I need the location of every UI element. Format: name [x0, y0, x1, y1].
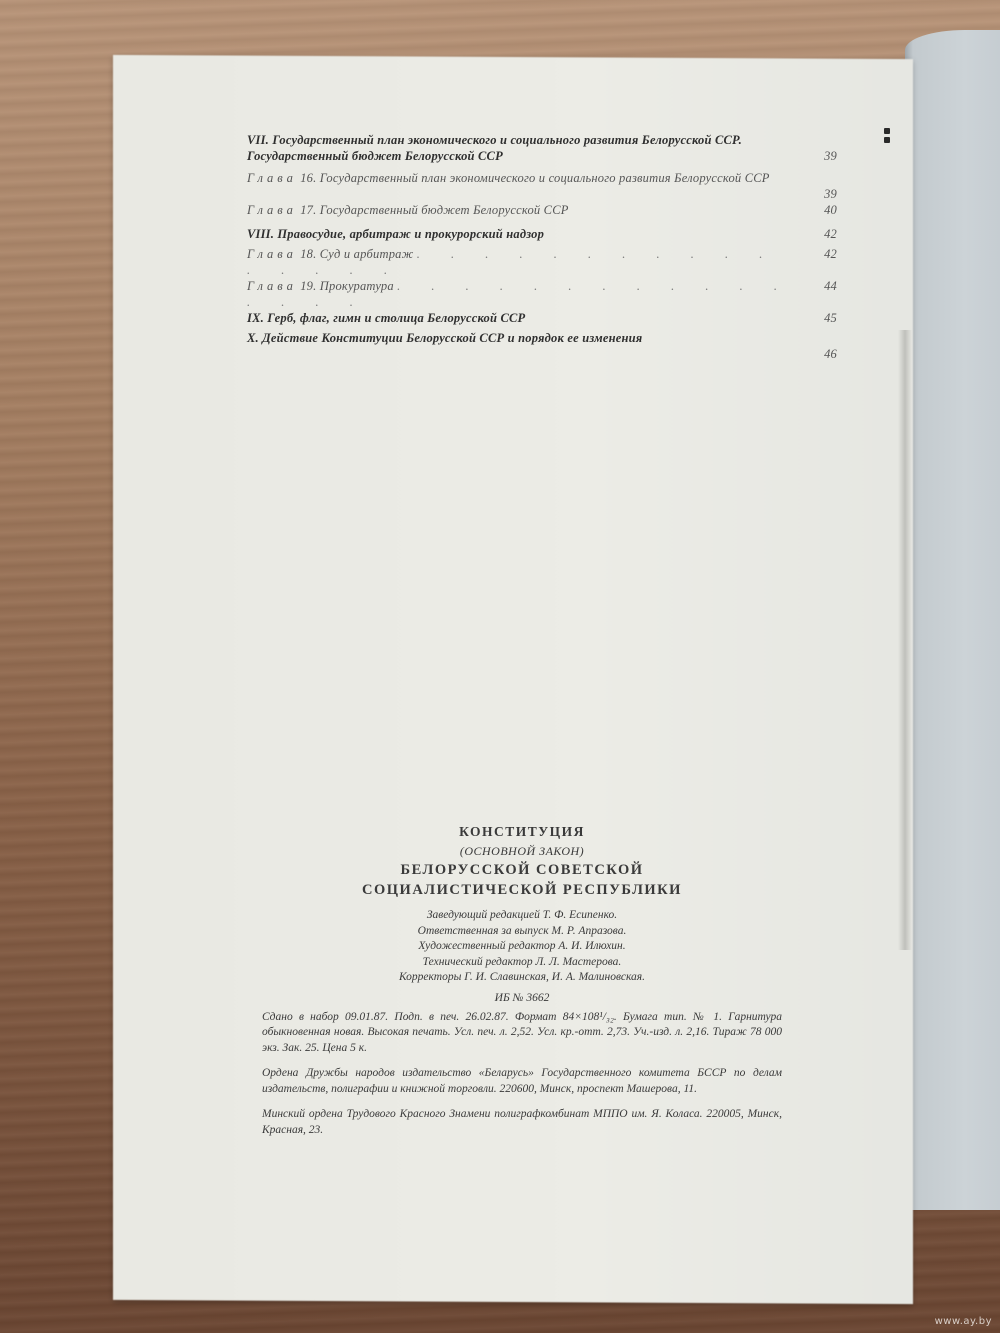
toc-entry-text: 17. Государственный бюджет Белорусской С…	[300, 203, 568, 217]
toc-page-number: 40	[797, 202, 837, 218]
toc-entry-text: VII. Государственный план экономического…	[247, 132, 797, 164]
colophon: КОНСТИТУЦИЯ (ОСНОВНОЙ ЗАКОН) БЕЛОРУССКОЙ…	[262, 822, 782, 1138]
toc-entry-section-ix: IX. Герб, флаг, гимн и столица Белорусск…	[247, 310, 837, 326]
toc-page-number: 46	[797, 330, 837, 362]
staff-line: Ответственная за выпуск М. Р. Апразова.	[262, 924, 782, 940]
toc-entry-section-vii: VII. Государственный план экономического…	[247, 132, 837, 164]
book-title-line-3: БЕЛОРУССКОЙ СОВЕТСКОЙ	[262, 860, 782, 880]
staff-line: Заведующий редакцией Т. Ф. Есипенко.	[262, 908, 782, 924]
signature-mark-icon	[884, 128, 892, 148]
toc-page-number: 42	[797, 246, 837, 278]
chapter-label: Глава	[247, 279, 297, 293]
staff-line: Корректоры Г. И. Славинская, И. А. Малин…	[262, 970, 782, 986]
adjacent-page	[905, 30, 1000, 1210]
book-title-line-2: (ОСНОВНОЙ ЗАКОН)	[262, 842, 782, 860]
book-title-line-4: СОЦИАЛИСТИЧЕСКОЙ РЕСПУБЛИКИ	[262, 880, 782, 900]
toc-entry-text: 16. Государственный план экономического …	[300, 171, 769, 185]
editorial-staff: Заведующий редакцией Т. Ф. Есипенко. Отв…	[262, 908, 782, 986]
printer-info: Минский ордена Трудового Красного Знамен…	[262, 1107, 782, 1138]
toc-entry-section-x: X. Действие Конституции Белорусской ССР …	[247, 330, 837, 362]
toc-entry-chapter-16: Глава 16. Государственный план экономиче…	[247, 170, 837, 202]
chapter-label: Глава	[247, 203, 297, 217]
toc-page-number: 45	[797, 310, 837, 326]
toc-entry-text: X. Действие Конституции Белорусской ССР …	[247, 330, 797, 362]
toc-entry-chapter-17: Глава 17. Государственный бюджет Белорус…	[247, 202, 837, 218]
toc-entry-chapter-19: Глава 19. Прокуратура . . . . . . . . . …	[247, 278, 837, 310]
chapter-label: Глава	[247, 171, 297, 185]
toc-entry-text: VIII. Правосудие, арбитраж и прокурорски…	[247, 226, 797, 242]
toc-page-number: 39	[797, 170, 837, 202]
toc-page-number: 39	[797, 132, 837, 164]
toc-entry-chapter-18: Глава 18. Суд и арбитраж . . . . . . . .…	[247, 246, 837, 278]
toc-entry-text: 19. Прокуратура	[300, 279, 394, 293]
table-of-contents: VII. Государственный план экономического…	[247, 132, 837, 362]
ib-number: ИБ № 3662	[262, 990, 782, 1006]
toc-entry-text: IX. Герб, флаг, гимн и столица Белорусск…	[247, 310, 797, 326]
site-watermark: www.ay.by	[935, 1316, 992, 1327]
publisher-info: Ордена Дружбы народов издательство «Бела…	[262, 1066, 782, 1097]
toc-entry-text: 18. Суд и арбитраж	[300, 247, 413, 261]
toc-entry-section-viii: VIII. Правосудие, арбитраж и прокурорски…	[247, 226, 837, 242]
page-fold-shadow	[898, 330, 912, 950]
toc-page-number: 42	[797, 226, 837, 242]
staff-line: Художественный редактор А. И. Илюхин.	[262, 939, 782, 955]
toc-page-number: 44	[797, 278, 837, 310]
print-details: Сдано в набор 09.01.87. Подп. в печ. 26.…	[262, 1010, 782, 1057]
chapter-label: Глава	[247, 247, 297, 261]
staff-line: Технический редактор Л. Л. Мастерова.	[262, 955, 782, 971]
book-title-line-1: КОНСТИТУЦИЯ	[262, 822, 782, 842]
